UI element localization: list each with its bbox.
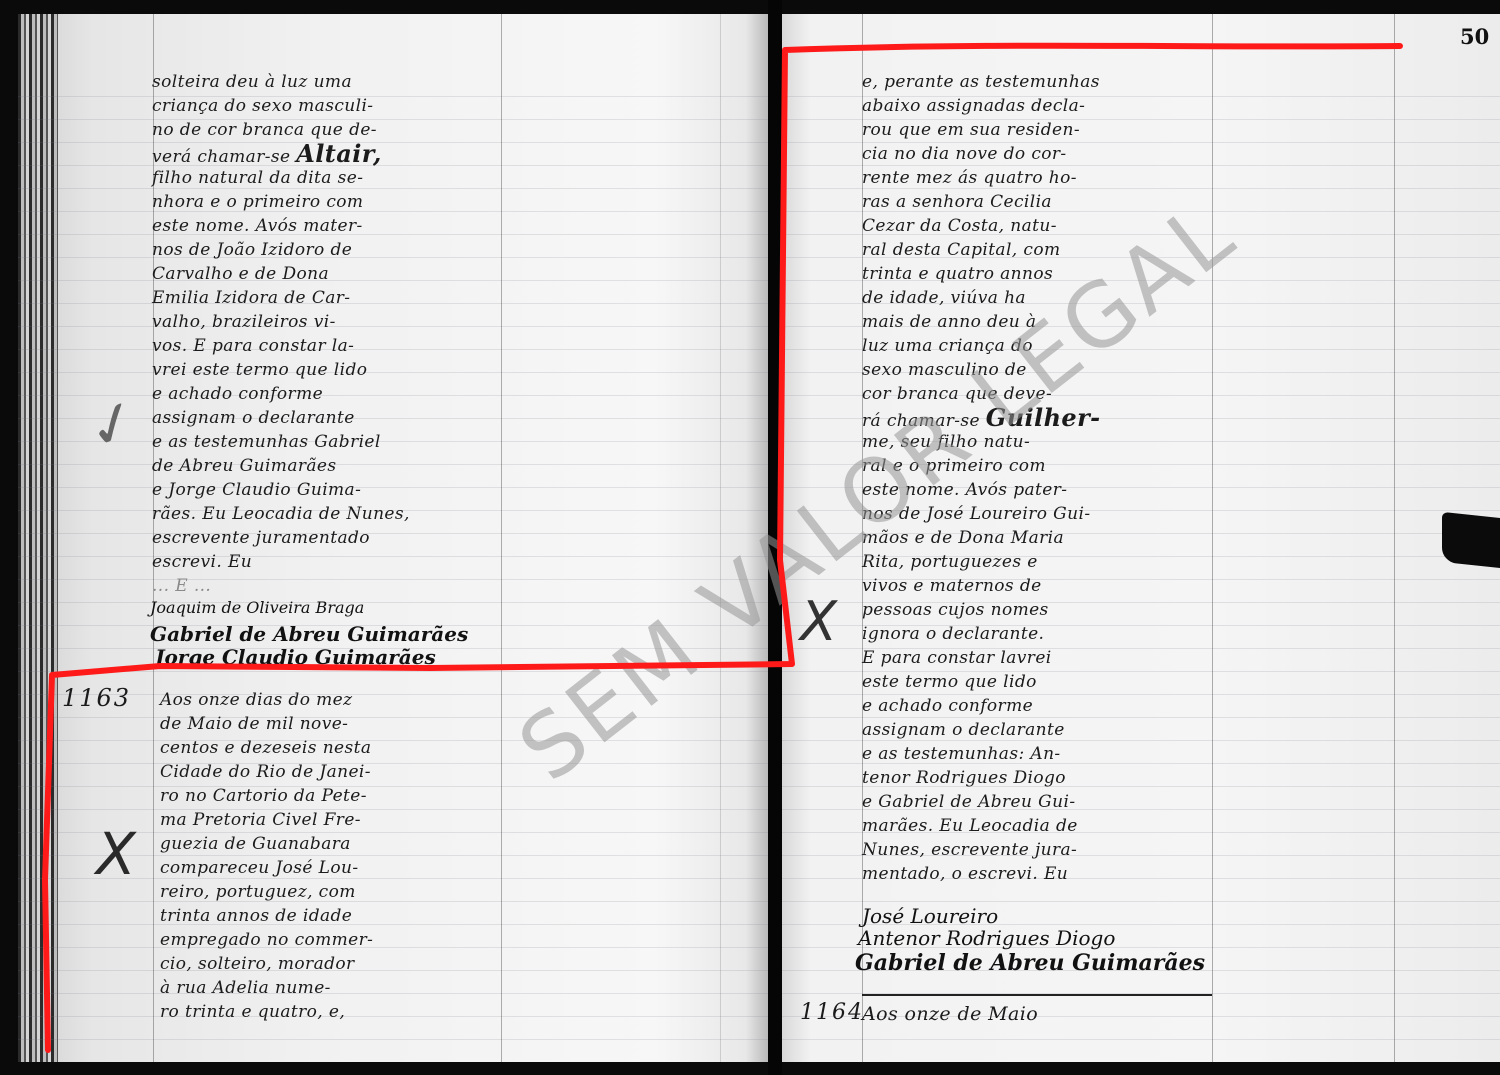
text-line: vivos e maternos de <box>862 574 1222 598</box>
child-name: Altair, <box>296 139 382 168</box>
text-line: reiro, portuguez, com <box>160 880 510 904</box>
text-line: centos e dezeseis nesta <box>160 736 510 760</box>
signature: Jorge Claudio Guimarães <box>155 645 436 669</box>
text-line: ro trinta e quatro, e, <box>160 1000 510 1024</box>
entry-1163-text: Aos onze dias do mez de Maio de mil nove… <box>160 688 510 1024</box>
entry-number: 1163 <box>62 684 131 712</box>
entry-separator <box>862 994 1212 996</box>
signature: José Loureiro <box>862 904 998 928</box>
text-line: e, perante as testemunhas <box>862 70 1222 94</box>
faint-text-line: ... E ... <box>152 574 502 598</box>
entry-number: 1164 <box>800 1000 864 1025</box>
text-line: rães. Eu Leocadia de Nunes, <box>152 502 502 526</box>
text-line: à rua Adelia nume- <box>160 976 510 1000</box>
text-line: Emilia Izidora de Car- <box>152 286 502 310</box>
text-line: cia no dia nove do cor- <box>862 142 1222 166</box>
text-line: Carvalho e de Dona <box>152 262 502 286</box>
text-line: Rita, portuguezes e <box>862 550 1222 574</box>
text-line: mãos e de Dona Maria <box>862 526 1222 550</box>
continued-entry-text: solteira deu à luz uma criança do sexo m… <box>152 70 502 598</box>
text-line: criança do sexo masculi- <box>152 94 502 118</box>
text-line: vos. E para constar la- <box>152 334 502 358</box>
margin-rule <box>1394 14 1395 1062</box>
bookmark-tab <box>1442 512 1500 568</box>
cross-mark-icon: X <box>96 820 136 888</box>
text-line: assignam o declarante <box>862 718 1222 742</box>
text-line: empregado no commer- <box>160 928 510 952</box>
text-line: de Maio de mil nove- <box>160 712 510 736</box>
text-line: pessoas cujos nomes <box>862 598 1222 622</box>
text-line: tenor Rodrigues Diogo <box>862 766 1222 790</box>
text-line: compareceu José Lou- <box>160 856 510 880</box>
text-line: assignam o declarante <box>152 406 502 430</box>
text-line: Aos onze dias do mez <box>160 688 510 712</box>
text-line: ro no Cartorio da Pete- <box>160 784 510 808</box>
entry-1164-text: Aos onze de Maio <box>862 1002 1038 1026</box>
page-number: 50 <box>1460 24 1489 49</box>
text-line: ignora o declarante. <box>862 622 1222 646</box>
text-line: solteira deu à luz uma <box>152 70 502 94</box>
text-line: de Abreu Guimarães <box>152 454 502 478</box>
column-rule <box>720 14 721 1062</box>
book-spread: 50 solteira deu à luz uma criança do sex… <box>0 0 1500 1075</box>
text-line: abaixo assignadas decla- <box>862 94 1222 118</box>
text-fragment: verá chamar-se <box>152 147 290 167</box>
text-line: nos de João Izidoro de <box>152 238 502 262</box>
text-line: e achado conforme <box>862 694 1222 718</box>
signature: Antenor Rodrigues Diogo <box>858 926 1115 950</box>
text-line: guezia de Guanabara <box>160 832 510 856</box>
text-line: E para constar lavrei <box>862 646 1222 670</box>
text-line: e Jorge Claudio Guima- <box>152 478 502 502</box>
text-line: Cidade do Rio de Janei- <box>160 760 510 784</box>
text-line: e as testemunhas: An- <box>862 742 1222 766</box>
text-line: este nome. Avós mater- <box>152 214 502 238</box>
text-line: escrevente juramentado <box>152 526 502 550</box>
text-line: e Gabriel de Abreu Gui- <box>862 790 1222 814</box>
text-line: rente mez ás quatro ho- <box>862 166 1222 190</box>
text-line: trinta annos de idade <box>160 904 510 928</box>
signature: Gabriel de Abreu Guimarães <box>150 622 468 646</box>
text-line: verá chamar-se Altair, <box>152 142 502 166</box>
text-line: rou que em sua residen- <box>862 118 1222 142</box>
text-line: cio, solteiro, morador <box>160 952 510 976</box>
text-line: Nunes, escrevente jura- <box>862 838 1222 862</box>
text-line: ma Pretoria Civel Fre- <box>160 808 510 832</box>
text-line: e as testemunhas Gabriel <box>152 430 502 454</box>
signature: Joaquim de Oliveira Braga <box>150 598 364 617</box>
text-line: escrevi. Eu <box>152 550 502 574</box>
text-line: marães. Eu Leocadia de <box>862 814 1222 838</box>
text-line: este termo que lido <box>862 670 1222 694</box>
text-line: filho natural da dita se- <box>152 166 502 190</box>
text-line: mentado, o escrevi. Eu <box>862 862 1222 886</box>
text-line: e achado conforme <box>152 382 502 406</box>
signature: Gabriel de Abreu Guimarães <box>855 950 1205 976</box>
text-line: nhora e o primeiro com <box>152 190 502 214</box>
text-line: valho, brazileiros vi- <box>152 310 502 334</box>
text-line: vrei este termo que lido <box>152 358 502 382</box>
